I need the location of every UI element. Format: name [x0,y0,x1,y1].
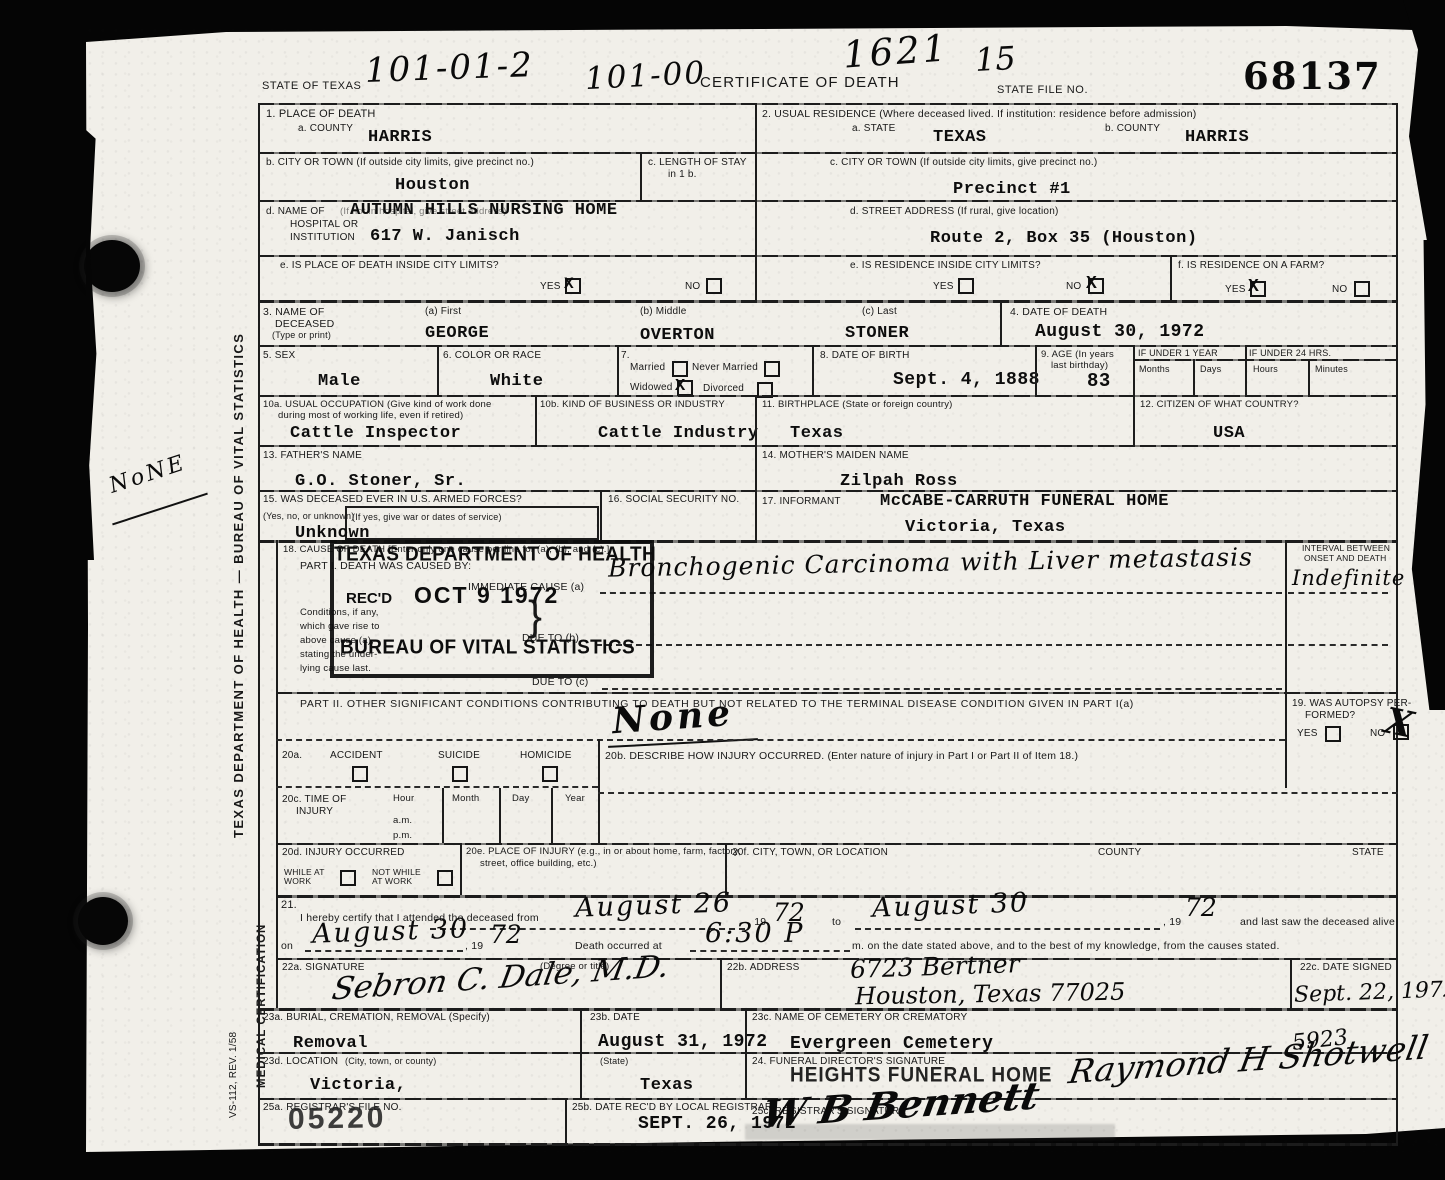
if-under-24-hrs-label: IF UNDER 24 HRS. [1249,348,1331,358]
divider [755,445,757,490]
homicide-checkbox [542,766,558,782]
length-of-stay-label2: in 1 b. [668,169,697,181]
stamp-department-text: TEXAS DEPARTMENT OF HEALTH [334,543,656,567]
divider [580,1008,582,1052]
divider [258,490,1398,492]
informant-value-1: McCABE-CARRUTH FUNERAL HOME [880,492,1169,511]
middle-name-value: OVERTON [640,326,715,345]
divider [720,958,722,1008]
place-limits-no-checkbox [706,278,722,294]
divider [600,490,602,540]
institution-label3: INSTITUTION [290,232,355,244]
divider [1308,359,1310,395]
armed-forces-hint2: (If yes, give war or dates of service) [352,512,502,522]
while-at-work-checkbox [340,870,356,886]
divider [1035,345,1037,395]
street-address-label: d. STREET ADDRESS (If rural, give locati… [850,206,1058,218]
divider [598,739,600,843]
no-label: NO [685,281,700,293]
paper-background [86,26,1445,1152]
citizen-value: USA [1213,424,1245,443]
homicide-label: HOMICIDE [520,750,572,762]
burial-location-hint2: (State) [600,1056,628,1066]
yes-label: YES [1297,728,1318,740]
institution-value: AUTUMN HILLS NURSING HOME [350,201,618,220]
divider [499,788,501,843]
dob-label: 8. DATE OF BIRTH [820,350,910,362]
handwritten-interval: Indefinite [1292,566,1405,590]
date-signed-label: 22c. DATE SIGNED [1300,962,1392,974]
not-while-at-work-checkbox [437,870,453,886]
yes-label: YES [540,281,561,293]
stamp-recd-text: REC'D [346,590,392,607]
certify-on: on [281,940,293,952]
months-label: Months [1139,364,1170,374]
stamp-date-text: OCT 9 1972 [414,582,559,609]
divider [258,345,1398,347]
deceased-label1: 3. NAME OF [263,306,325,318]
handwritten-address-2: Houston, Texas 77025 [855,978,1126,1011]
widowed-label: Widowed [630,382,673,394]
divider [276,958,1398,960]
degree-or-title-label: (Degree or title) [540,962,609,973]
institution-label1: d. NAME OF [266,206,325,218]
state-of-texas-label: STATE OF TEXAS [262,80,361,93]
city-value: Houston [395,176,470,195]
married-checkbox [672,361,688,377]
days-label: Days [1200,364,1221,374]
burial-date-value: August 31, 1972 [598,1032,768,1052]
injury-time-label1: 20c. TIME OF [282,794,346,806]
hole-punch-top [84,240,140,292]
middle-name-label: (b) Middle [640,306,686,318]
divider [1133,359,1398,361]
scanned-death-certificate: TEXAS DEPARTMENT OF HEALTH — BUREAU OF V… [0,0,1445,1180]
ssn-label: 16. SOCIAL SECURITY NO. [608,494,739,506]
dob-value: Sept. 4, 1888 [893,370,1040,390]
suicide-label: SUICIDE [438,750,480,762]
state-file-no-label: STATE FILE NO. [997,84,1088,97]
occupation-value: Cattle Inspector [290,424,461,443]
residence-county-value: HARRIS [1185,128,1249,147]
certificate-title: CERTIFICATE OF DEATH [700,74,900,91]
month-label: Month [452,794,479,805]
race-value: White [490,372,544,391]
divider [258,300,1398,303]
hole-punch-bottom [78,897,128,945]
sex-label: 5. SEX [263,350,295,362]
state-file-number: 68137 [1243,54,1382,98]
residence-state-value: TEXAS [933,128,987,147]
handwritten-year-2: 72 [1185,893,1217,922]
father-name-value: G.O. Stoner, Sr. [295,472,466,491]
certify-text-6: m. on the date stated above, and to the … [852,940,1280,952]
first-name-label: (a) First [425,306,461,318]
residence-city-limits-label: e. IS RESIDENCE INSIDE CITY LIMITS? [850,260,1041,272]
divider [1000,303,1002,345]
mother-name-label: 14. MOTHER'S MAIDEN NAME [762,450,909,462]
residence-city-value: Precinct #1 [953,180,1071,199]
autopsy-label2: FORMED? [1305,710,1355,722]
registrar-date-label: 25b. DATE REC'D BY LOCAL REGISTRAR [572,1102,772,1114]
divider [276,692,1398,694]
birthplace-label: 11. BIRTHPLACE (State or foreign country… [762,400,953,411]
divider [276,540,278,1008]
divider [1245,345,1247,395]
minutes-label: Minutes [1315,364,1348,374]
hour-label: Hour [393,794,414,805]
divider [258,103,1398,105]
handwritten-code-1: 101-01-2 [364,45,534,91]
certify-number: 21. [281,899,297,912]
handwritten-part2-none: None [611,692,736,742]
divider [598,792,1398,794]
farm-yes-x-mark: X [1248,277,1259,297]
injury-city-label: 20f. CITY, TOWN, OR LOCATION [732,847,888,859]
place-of-injury-label1: 20e. PLACE OF INJURY (e.g., in or about … [466,847,741,858]
first-name-value: GEORGE [425,324,489,343]
burial-location-label: 23d. LOCATION [263,1056,338,1068]
injury-20a-label: 20a. [282,750,302,762]
residence-section-label: 2. USUAL RESIDENCE (Where deceased lived… [762,108,1196,120]
date-of-death-value: August 30, 1972 [1035,322,1205,342]
divider [580,1052,582,1098]
armed-forces-hint1: (Yes, no, or unknown) [263,511,354,521]
not-while-label2: AT WORK [372,877,412,887]
year-label: Year [565,794,585,805]
if-under-1-year-label: IF UNDER 1 YEAR [1138,348,1218,358]
fill-line [1288,644,1388,646]
divider [258,152,1398,154]
divider [460,843,462,895]
divider [258,1143,1398,1146]
divider [1285,540,1287,788]
am-label: a.m. [393,816,412,827]
street-address-value: Route 2, Box 35 (Houston) [930,229,1198,248]
race-label: 6. COLOR OR RACE [443,350,541,362]
certify-text-3: and last saw the deceased alive [1240,916,1395,928]
no-label: NO [1066,281,1081,293]
deceased-label2: DECEASED [275,318,334,330]
burial-label: 23a. BURIAL, CREMATION, REMOVAL (Specify… [263,1012,490,1024]
burial-date-label: 23b. DATE [590,1012,640,1024]
divider [755,395,757,445]
injury-20b-label: 20b. DESCRIBE HOW INJURY OCCURRED. (Ente… [605,750,1078,762]
place-of-injury-label2: street, office building, etc.) [480,859,597,870]
divider [258,445,1398,447]
handwritten-number-2: 15 [974,39,1017,79]
burial-location-hint1: (City, town, or county) [345,1056,436,1066]
mother-name-value: Zilpah Ross [840,472,958,491]
handwritten-attended-to: August 30 [872,887,1030,923]
handwritten-year-3: 72 [490,920,522,949]
county-value: HARRIS [368,128,432,147]
stamp-bureau-text: BUREAU OF VITAL STATISTICS [340,636,635,660]
date-of-death-label: 4. DATE OF DEATH [1010,306,1107,318]
divorced-label: Divorced [703,383,744,395]
father-name-label: 13. FATHER'S NAME [263,450,362,462]
divider [258,1008,1398,1011]
divider [535,395,537,445]
county-label: a. COUNTY [298,123,353,135]
handwritten-code-2: 101-00 [584,55,707,97]
cemetery-label: 23c. NAME OF CEMETERY OR CREMATORY [752,1012,967,1024]
residence-limits-yes-checkbox [958,278,974,294]
divider [1290,958,1292,1008]
divider [1193,359,1195,395]
divider [258,395,1398,397]
place-city-limits-label: e. IS PLACE OF DEATH INSIDE CITY LIMITS? [280,260,499,272]
length-of-stay-label: c. LENGTH OF STAY [648,157,747,169]
divider [812,345,814,395]
sex-value: Male [318,372,361,391]
birthplace-value: Texas [790,424,844,443]
fill-line [690,950,850,952]
divider [276,895,1398,898]
armed-forces-label: 15. WAS DECEASED EVER IN U.S. ARMED FORC… [263,494,522,506]
divider [1170,255,1172,300]
never-married-label: Never Married [692,362,758,374]
farm-label: f. IS RESIDENCE ON A FARM? [1178,260,1324,272]
widowed-x-mark: X [675,377,685,396]
divider [551,788,553,843]
never-married-checkbox [764,361,780,377]
divider [258,103,260,1145]
handwritten-number-1: 1621 [842,26,951,76]
interval-label2: ONSET AND DEATH [1304,554,1387,564]
divider [258,255,1398,257]
handwritten-address-1: 6723 Bertner [850,949,1021,984]
address-label: 22b. ADDRESS [727,962,799,974]
accident-checkbox [352,766,368,782]
fill-line [430,928,745,930]
residence-state-label: a. STATE [852,123,895,135]
yes-label: YES [1225,284,1246,296]
informant-label: 17. INFORMANT [762,496,841,508]
age-value: 83 [1087,370,1111,392]
registrar-file-stamp: 05220 [288,1101,387,1137]
last-name-label: (c) Last [862,306,897,318]
injury-county-label: COUNTY [1098,847,1141,859]
injury-state-label: STATE [1352,847,1384,859]
divider [1133,395,1135,445]
divider [276,739,1285,741]
fill-line [602,688,1282,690]
city-label: b. CITY OR TOWN (If outside city limits,… [266,157,534,169]
occupation-label2: during most of working life, even if ret… [278,411,463,422]
injury-occurred-label: 20d. INJURY OCCURRED [282,847,405,859]
hours-label: Hours [1253,364,1278,374]
residence-city-label: c. CITY OR TOWN (If outside city limits,… [830,157,1097,169]
divider [276,786,598,788]
industry-value: Cattle Industry [598,424,759,443]
fill-line [596,644,1282,646]
institution-address-value: 617 W. Janisch [370,227,520,246]
divider [437,345,439,395]
no-label: NO [1332,284,1347,296]
place-of-death-section-label: 1. PLACE OF DEATH [266,108,376,121]
residence-limits-no-x-mark: X [1086,274,1097,294]
autopsy-yes-checkbox [1325,726,1341,742]
farm-no-checkbox [1354,281,1370,297]
burial-location-state: Texas [640,1076,694,1095]
marital-label: 7. [621,350,630,362]
handwritten-date-signed: Sept. 22, 1972 [1294,977,1445,1008]
while-at-work-label2: WORK [284,877,311,887]
certify-to: to [832,916,841,928]
institution-label2: HOSPITAL OR [290,219,358,231]
handwritten-time-of-death: 6:30 P [705,918,804,949]
divider [617,345,619,395]
married-label: Married [630,362,665,374]
burial-location-city: Victoria, [310,1076,406,1095]
divider [442,788,444,843]
divider [276,843,1398,845]
citizen-label: 12. CITIZEN OF WHAT COUNTRY? [1140,400,1299,411]
margin-form-number: VS-112, REV. 1/58 [228,998,240,1118]
place-limits-yes-x-mark: X [564,275,574,293]
divider [1133,345,1135,395]
certify-19-c: , 19 [465,940,483,952]
informant-value-2: Victoria, Texas [905,518,1066,537]
suicide-checkbox [452,766,468,782]
fill-line [855,928,1160,930]
handwritten-alive-on: August 30 [312,913,470,949]
burial-value: Removal [293,1034,368,1053]
fill-line [305,950,463,952]
divider [755,490,757,540]
industry-label: 10b. KIND OF BUSINESS OR INDUSTRY [540,400,725,411]
residence-county-label: b. COUNTY [1105,123,1160,135]
fill-line [1288,592,1388,594]
deceased-label3: (Type or print) [272,330,331,340]
pm-label: p.m. [393,831,412,842]
day-label: Day [512,794,530,805]
injury-time-label2: INJURY [296,806,333,818]
cemetery-value: Evergreen Cemetery [790,1034,993,1054]
yes-label: YES [933,281,954,293]
divider [565,1098,567,1145]
margin-department-text: TEXAS DEPARTMENT OF HEALTH — BUREAU OF V… [232,248,247,838]
certify-19-b: , 19 [1163,916,1181,928]
accident-label: ACCIDENT [330,750,383,762]
fill-line [600,592,1282,594]
divider [640,152,642,200]
last-name-value: STONER [845,324,909,343]
